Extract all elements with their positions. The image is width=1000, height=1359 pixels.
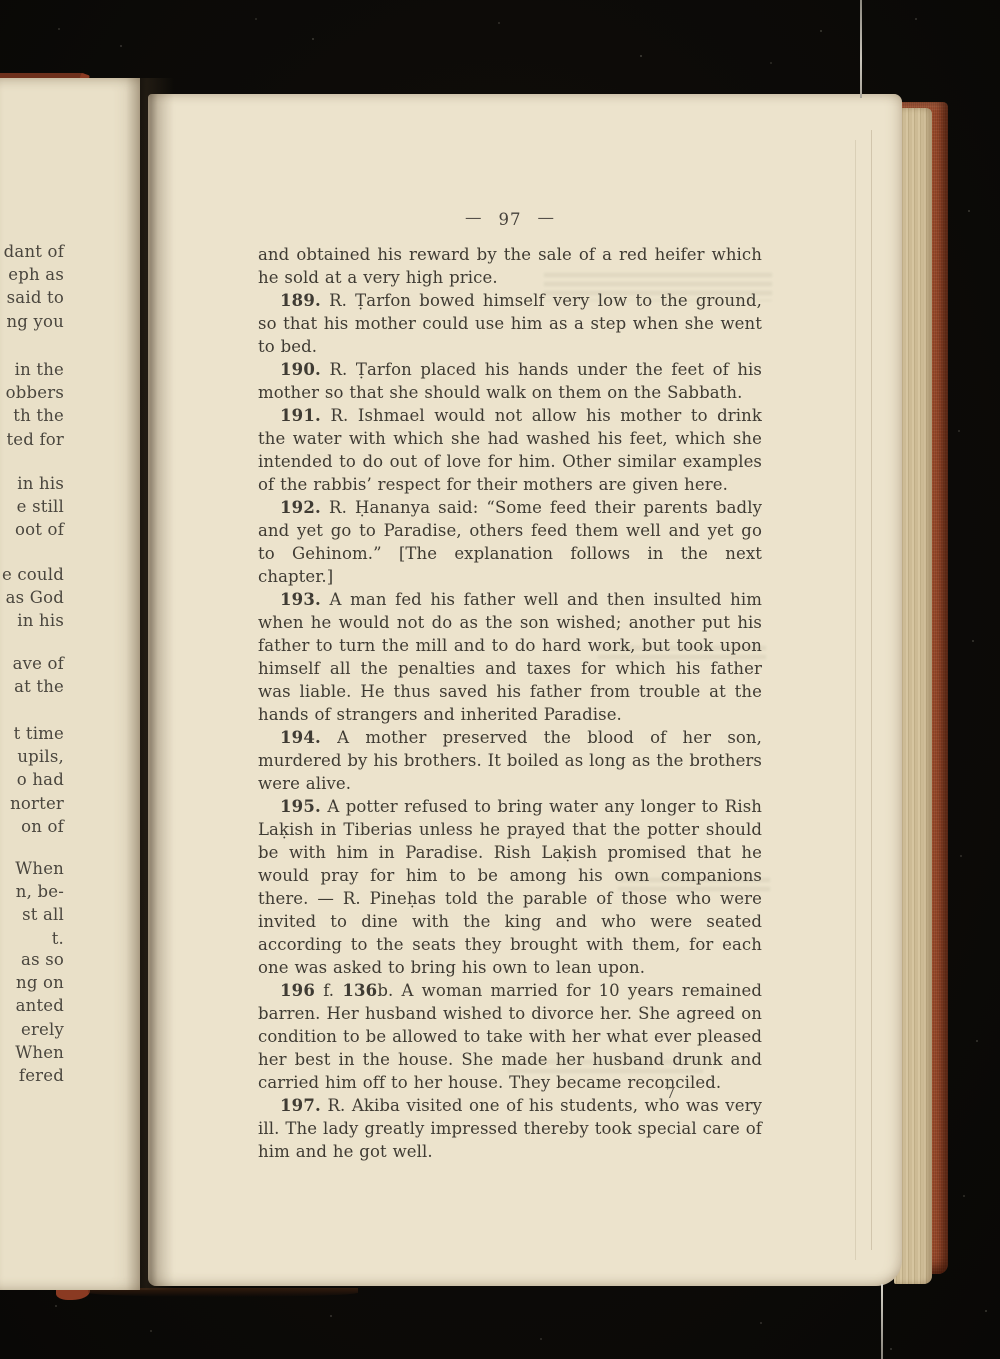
left-page-fragment-group: in hise stilloot of	[0, 472, 64, 542]
paragraph-number: 196	[280, 981, 315, 1000]
paragraph-text: R. Ṭarfon bowed himself very low to the …	[258, 291, 762, 356]
left-page-fragment-line: in the	[0, 358, 64, 381]
paragraph: 189. R. Ṭarfon bowed himself very low to…	[258, 289, 762, 358]
paragraph: 192. R. Ḥananya said: “Some feed their p…	[258, 496, 762, 588]
paragraph-number: 136	[342, 981, 377, 1000]
paragraph: 195. A potter refused to bring water any…	[258, 795, 762, 979]
left-page-fragment-line: said to	[0, 286, 64, 309]
paragraph: 194. A mother preserved the blood of her…	[258, 726, 762, 795]
left-page-fragment-line: at the	[0, 675, 64, 698]
left-page-fragment-group: in theobbersth theted for	[0, 358, 64, 451]
left-page-fragment-line: ng on	[0, 971, 64, 994]
left-page-fragment-line: e could	[0, 563, 64, 586]
header-dash-left: —	[465, 208, 483, 227]
scanner-wire-bottom	[881, 1284, 883, 1359]
left-page-fragment-line: t.	[0, 927, 64, 950]
left-page-fragment-group: t timeupils,o hadnorteron of	[0, 722, 64, 838]
left-page-fragment-line: as so	[0, 948, 64, 971]
left-page-fragment-group: as song onantederelyWhenfered	[0, 948, 64, 1087]
left-page-fragment-line: ted for	[0, 428, 64, 451]
page-number: 97	[499, 210, 522, 229]
paragraph: 197. R. Akiba visited one of his student…	[258, 1094, 762, 1163]
paragraph-number: 194.	[280, 728, 321, 747]
paragraph-text: R. Ḥananya said: “Some feed their parent…	[258, 498, 762, 586]
left-page-fragment-line: oot of	[0, 518, 64, 541]
left-page-fragment-group: dant ofeph assaid tong you	[0, 240, 64, 333]
left-page-fragment-line: When	[0, 1041, 64, 1064]
left-page-fragment-line: anted	[0, 994, 64, 1017]
left-page-fragment-group: ave ofat the	[0, 652, 64, 698]
paragraph: 196 f. 136b. A woman married for 10 year…	[258, 979, 762, 1094]
left-page-fragment-line: in his	[0, 472, 64, 495]
paragraph-number: 197.	[280, 1096, 321, 1115]
paragraph-number: 192.	[280, 498, 321, 517]
left-page-fragment-line: ave of	[0, 652, 64, 675]
paragraph-number: 190.	[280, 360, 321, 379]
paragraph-text: R. Ṭarfon placed his hands under the fee…	[258, 360, 762, 402]
paragraph-text: and obtained his reward by the sale of a…	[258, 245, 762, 287]
left-page-fragment-line: upils,	[0, 745, 64, 768]
left-page-fragment-line: n, be-	[0, 880, 64, 903]
left-page-fragment-line: ng you	[0, 310, 64, 333]
paragraph-number: 191.	[280, 406, 321, 425]
paragraph-number: 193.	[280, 590, 321, 609]
right-page: —97— and obtained his reward by the sale…	[148, 94, 902, 1286]
left-page-fragment-line: as God	[0, 586, 64, 609]
paragraph: and obtained his reward by the sale of a…	[258, 243, 762, 289]
paragraph-text: R. Ishmael would not allow his mother to…	[258, 406, 762, 494]
paragraph-number-suffix: b.	[377, 981, 393, 1000]
paragraph: 191. R. Ishmael would not allow his moth…	[258, 404, 762, 496]
dust-specks	[0, 0, 2, 2]
left-page-fragment-line: st all	[0, 903, 64, 926]
left-page-fragment-line: e still	[0, 495, 64, 518]
paragraph-text: A mother preserved the blood of her son,…	[258, 728, 762, 793]
left-page-fragment-group: e couldas Godin his	[0, 563, 64, 633]
left-page-fragment-line: on of	[0, 815, 64, 838]
left-page-fragment-line: erely	[0, 1018, 64, 1041]
paragraph-text: R. Akiba visited one of his students, wh…	[258, 1096, 762, 1161]
book-photo-scene: dant ofeph assaid tong youin theobbersth…	[0, 0, 1000, 1359]
signature-mark: 7	[666, 1086, 675, 1102]
left-page-fragment-line: When	[0, 857, 64, 880]
scanner-wire-top	[860, 0, 862, 98]
page-text-block: and obtained his reward by the sale of a…	[258, 243, 762, 1163]
left-page-fragment-group: Whenn, be-st allt.	[0, 857, 64, 950]
paragraph-text: A potter refused to bring water any long…	[258, 797, 762, 977]
left-page-fragment-line: dant of	[0, 240, 64, 263]
paragraph-number: 195.	[280, 797, 321, 816]
left-page-fragment-line: obbers	[0, 381, 64, 404]
left-page-fragment-line: t time	[0, 722, 64, 745]
header-dash-right: —	[538, 208, 556, 227]
paragraph-number: 189.	[280, 291, 321, 310]
left-page-fragment-line: in his	[0, 609, 64, 632]
paragraph-number-suffix: f.	[315, 981, 342, 1000]
paragraph: 190. R. Ṭarfon placed his hands under th…	[258, 358, 762, 404]
left-page: dant ofeph assaid tong youin theobbersth…	[0, 78, 140, 1290]
left-page-fragment-line: o had	[0, 768, 64, 791]
left-page-fragment-line: eph as	[0, 263, 64, 286]
left-page-fragment-line: norter	[0, 792, 64, 815]
paragraph: 193. A man fed his father well and then …	[258, 588, 762, 726]
left-page-fragment-line: th the	[0, 404, 64, 427]
page-header: —97—	[258, 210, 762, 229]
left-page-fragment-line: fered	[0, 1064, 64, 1087]
paragraph-text: A man fed his father well and then insul…	[258, 590, 762, 724]
